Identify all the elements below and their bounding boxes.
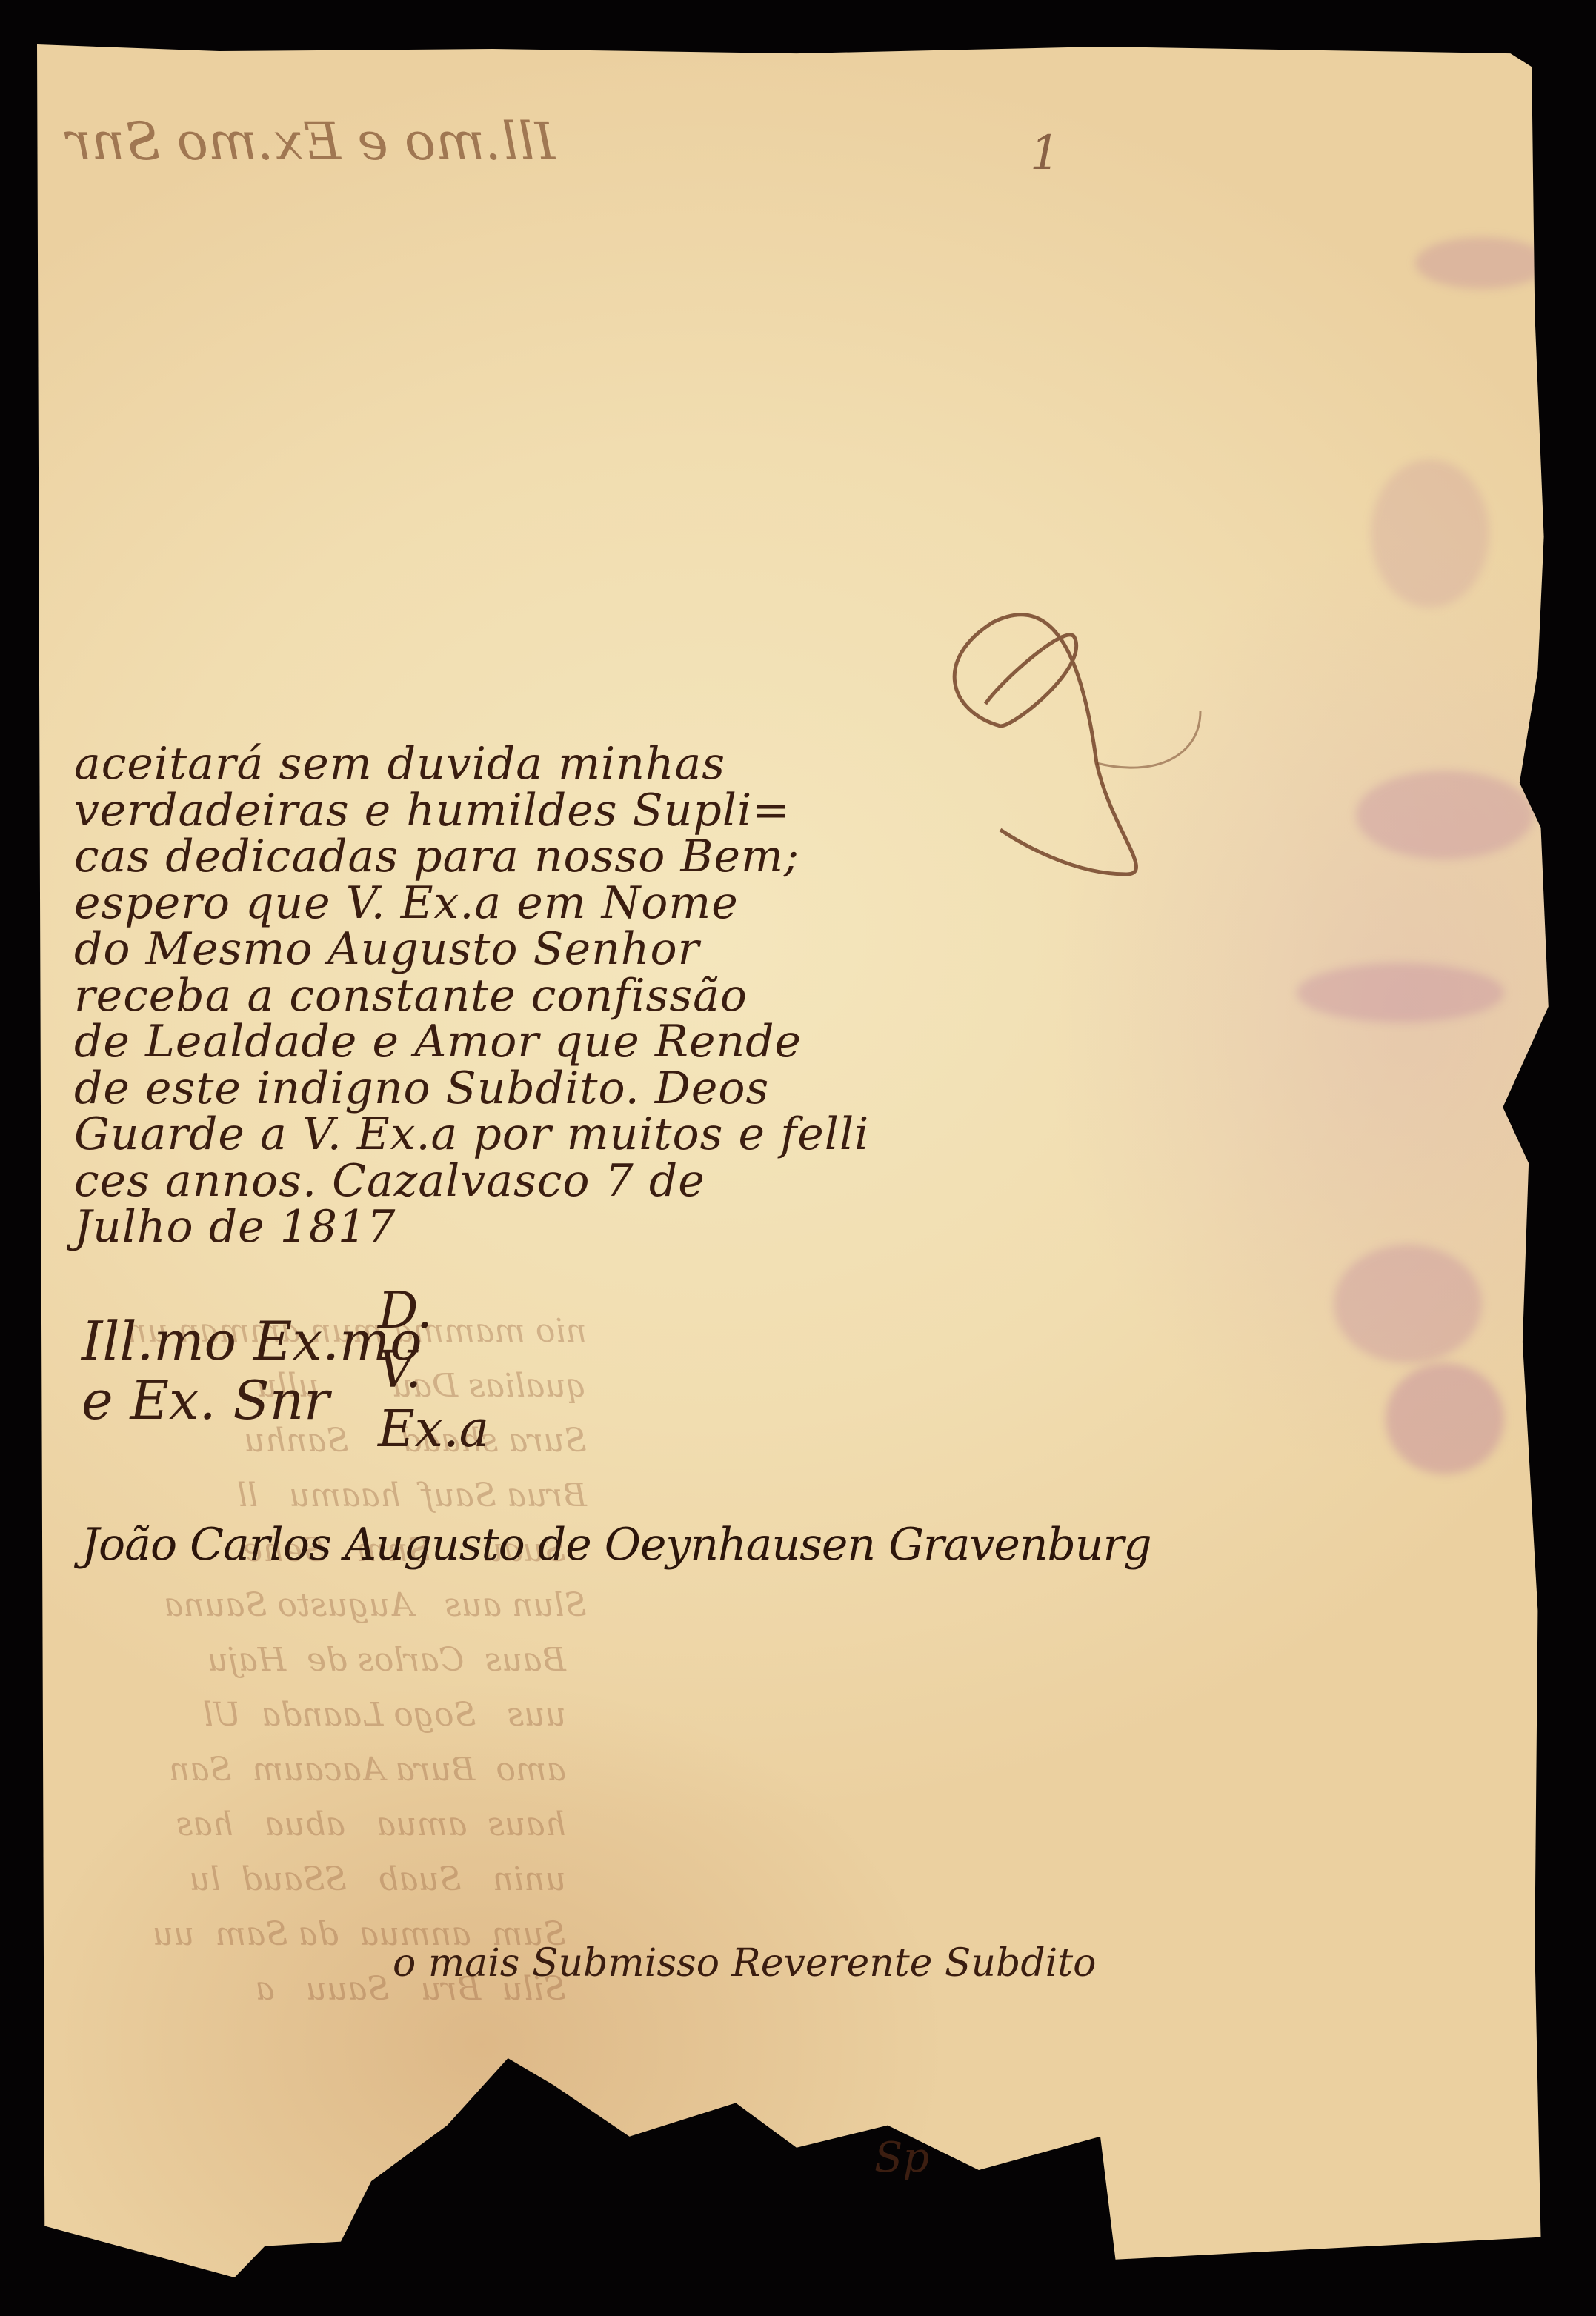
lower-signature-fragment: Sp	[874, 2134, 929, 2182]
date-line: Julho de 1817	[74, 1204, 1037, 1251]
ink-stain	[1386, 1363, 1504, 1474]
ink-stain	[1334, 1245, 1482, 1363]
signature: João Carlos Augusto de Oeynhausen Graven…	[82, 1519, 1151, 1571]
body-line: ces annos. Cazalvasco 7 de	[74, 1158, 1037, 1205]
ink-stain	[1371, 459, 1489, 608]
letter-body: aceitará sem duvida minhas verdadeiras e…	[74, 741, 1037, 1251]
header-bleed-through: Ill.mo e Ex.mo Snr	[67, 111, 555, 172]
body-line: de Lealdade e Amor que Rende	[74, 1019, 1037, 1065]
manuscript-scan: nio mamma mun amman un qualias Dau ullu …	[0, 0, 1596, 2316]
ink-stain	[1297, 963, 1504, 1022]
honorific: D. V. Ex.a	[378, 1282, 489, 1460]
salutation: Ill.mo Ex.mo e Ex. Snr D. V. Ex.a	[82, 1311, 422, 1430]
body-line: aceitará sem duvida minhas	[74, 741, 1037, 788]
closing-formula: o mais Submisso Reverente Subdito	[393, 1941, 1096, 1986]
salutation-line-1: Ill.mo Ex.mo	[82, 1311, 422, 1371]
folio-number: 1	[1030, 126, 1060, 181]
body-line: de este indigno Subdito. Deos	[74, 1065, 1037, 1112]
ink-stain	[1415, 237, 1549, 289]
ink-stain	[1356, 771, 1534, 859]
body-line: espero que V. Ex.a em Nome	[74, 880, 1037, 927]
body-line: Guarde a V. Ex.a por muitos e felli	[74, 1111, 1037, 1158]
body-line: verdadeiras e humildes Supli=	[74, 788, 1037, 834]
body-line: do Mesmo Augusto Senhor	[74, 926, 1037, 973]
body-line: receba a constante confissão	[74, 973, 1037, 1019]
body-line: cas dedicadas para nosso Bem;	[74, 833, 1037, 880]
salutation-line-2: e Ex. Snr	[82, 1371, 422, 1430]
